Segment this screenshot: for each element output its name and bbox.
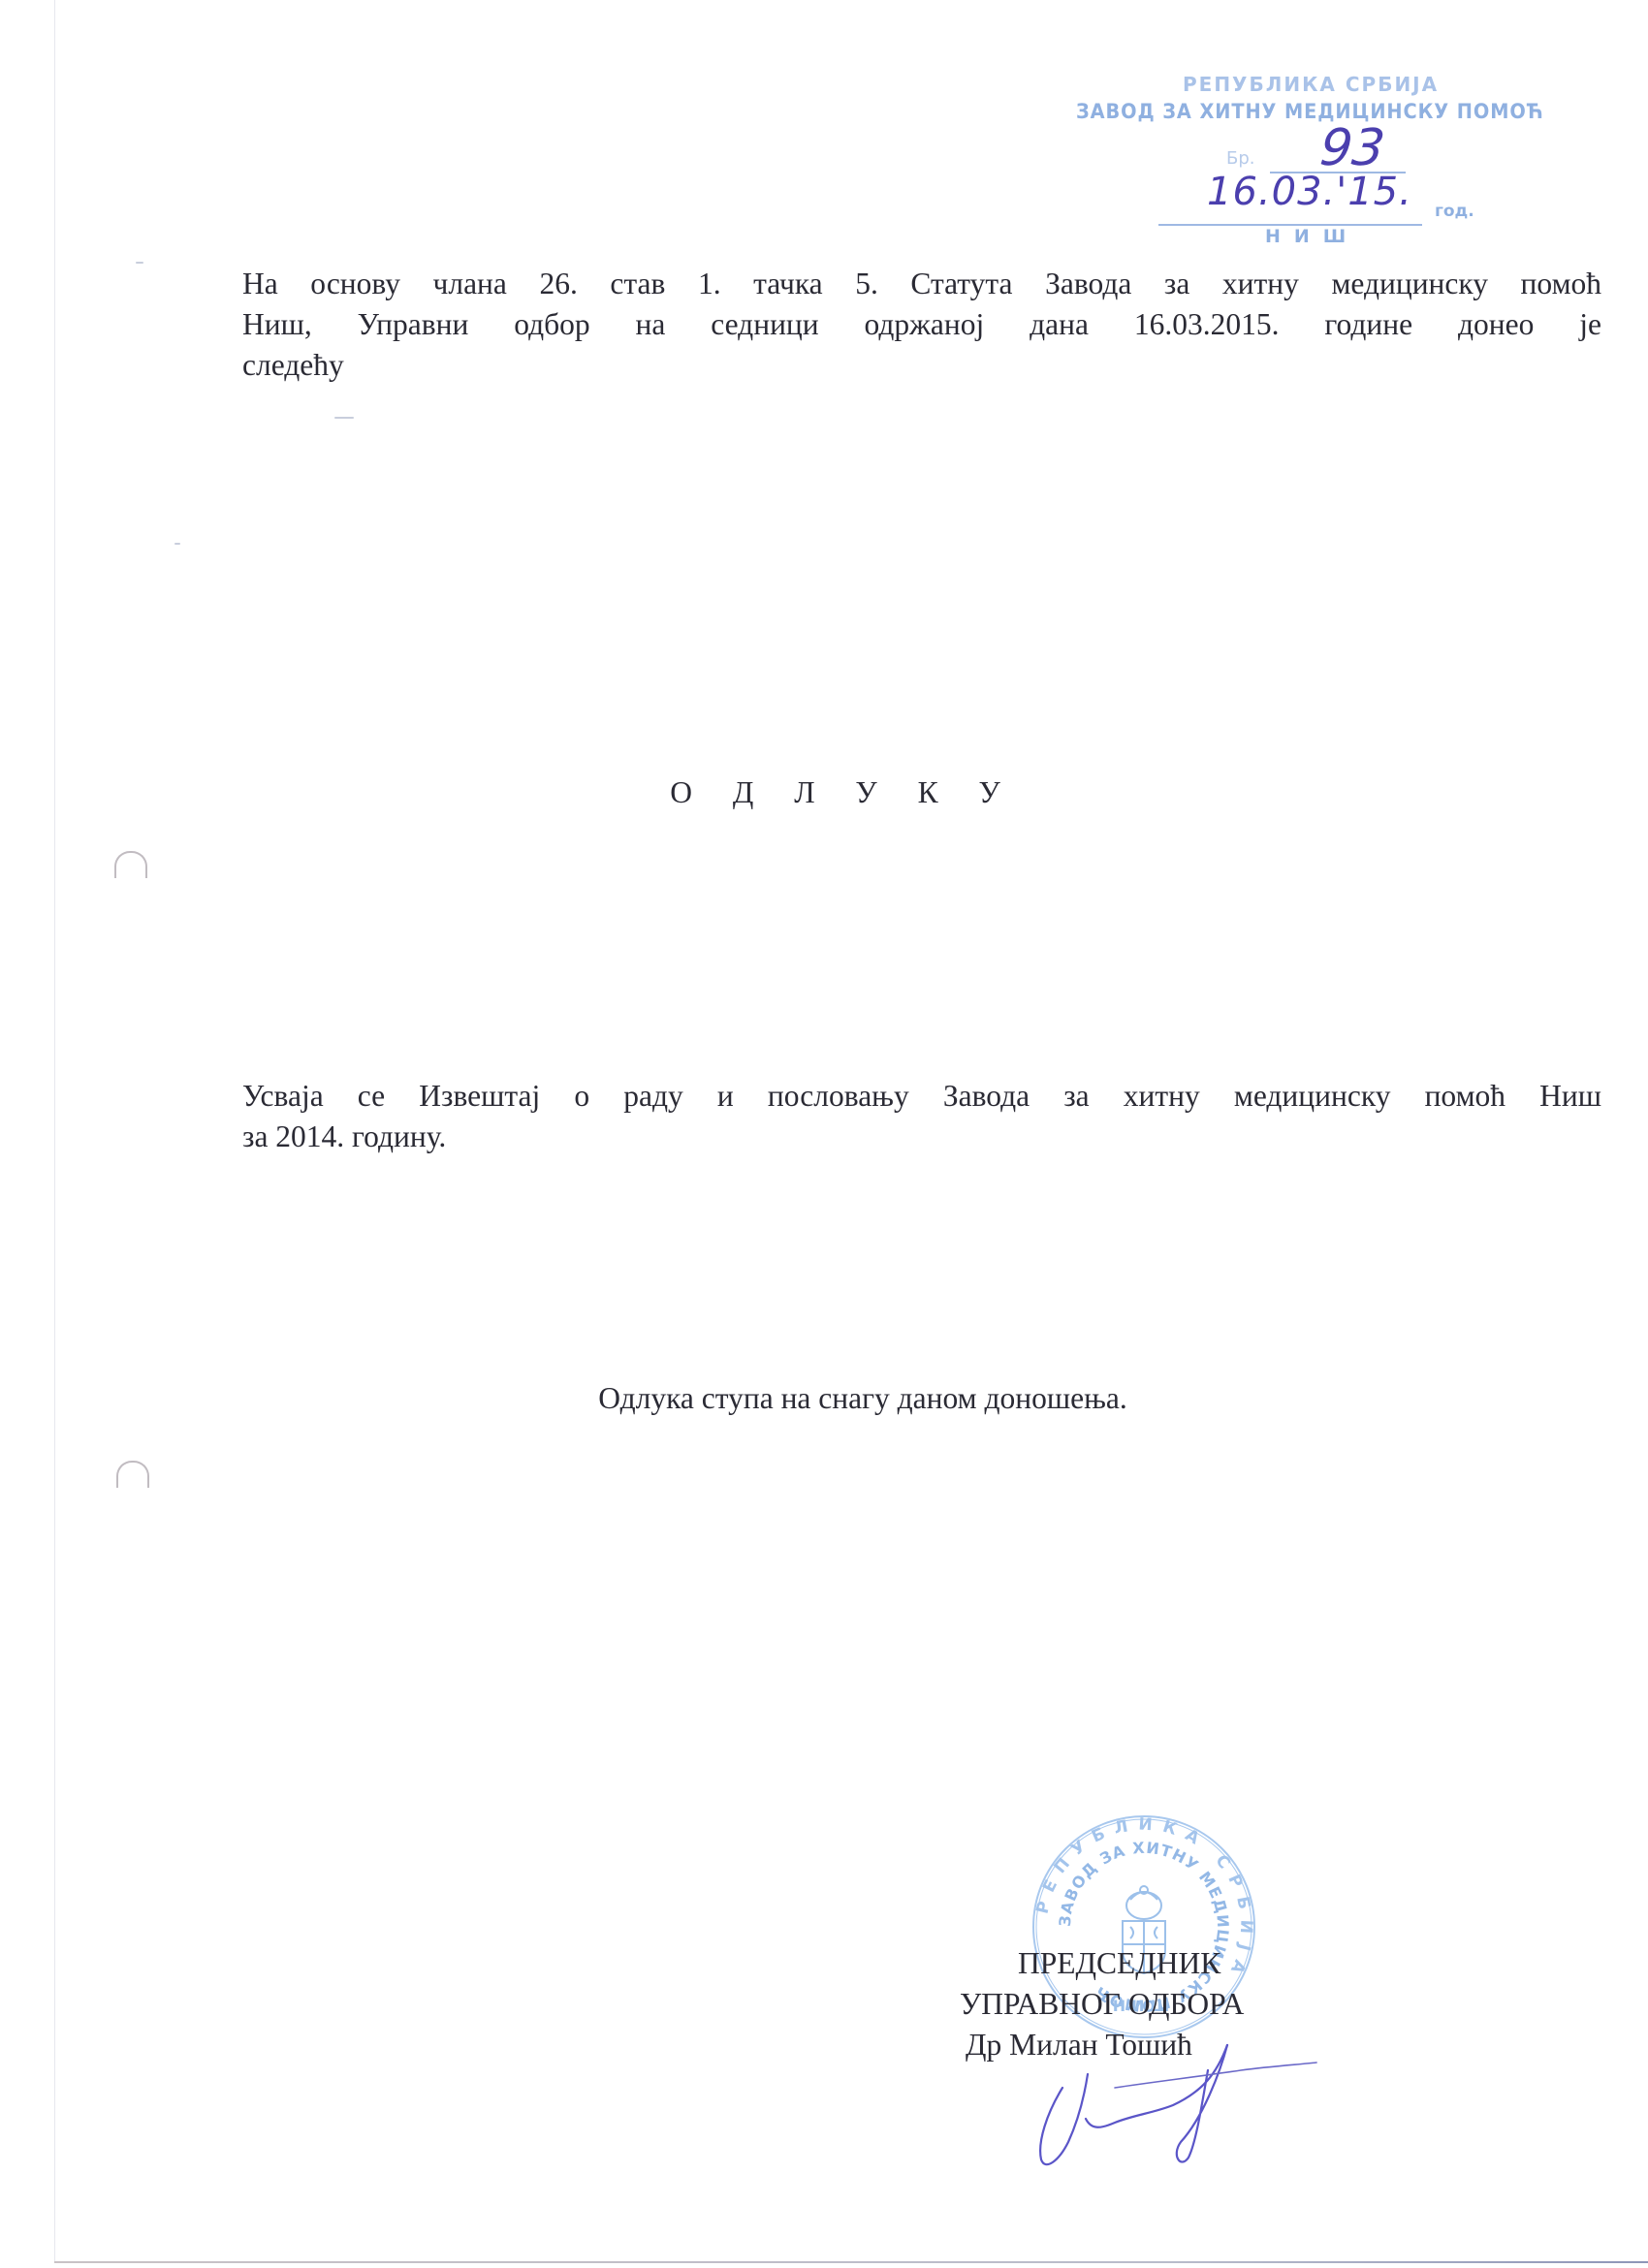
document-title: О Д Л У К У: [0, 775, 1648, 810]
signatory-title-line2: УПРАВНОГ ОДБОРА: [950, 1984, 1338, 2025]
stamp-number-label: Бр.: [1226, 148, 1255, 169]
intro-line: На основу члана 26. став 1. тачка 5. Ста…: [242, 264, 1601, 304]
decision-line: за 2014. годину.: [242, 1117, 1601, 1157]
stamp-institution: ЗАВОД ЗА ХИТНУ МЕДИЦИНСКУ ПОМОЋ: [1076, 100, 1544, 123]
effect-clause: Одлука ступа на снагу даном доношења.: [0, 1381, 1648, 1416]
handwritten-signature: [1008, 2026, 1318, 2181]
signatory-title-line1: ПРЕДСЕДНИК: [950, 1943, 1338, 1984]
stamp-city: НИШ: [1265, 226, 1359, 247]
handwritten-registration-date: 16.03.'15.: [1207, 170, 1412, 214]
decision-line: Усваја се Извештај о раду и пословању За…: [242, 1076, 1601, 1117]
intro-paragraph: На основу члана 26. став 1. тачка 5. Ста…: [242, 264, 1601, 386]
decision-paragraph: Усваја се Извештај о раду и пословању За…: [242, 1076, 1601, 1157]
scan-speck: [334, 417, 354, 419]
page-edge-left: [54, 0, 55, 2262]
stamp-year-suffix: год.: [1435, 202, 1474, 221]
stamp-country: РЕПУБЛИКА СРБИЈА: [1183, 73, 1439, 96]
handwritten-registration-number: 93: [1317, 119, 1387, 177]
scan-speck: [174, 543, 180, 545]
intro-line: Ниш, Управни одбор на седници одржаној д…: [242, 304, 1601, 345]
scan-speck: [136, 262, 143, 264]
intro-line: следећу: [242, 345, 1601, 386]
registration-stamp: РЕПУБЛИКА СРБИЈА ЗАВОД ЗА ХИТНУ МЕДИЦИНС…: [1066, 73, 1474, 247]
page-edge-bottom: [54, 2261, 1648, 2263]
punch-hole-mark: [116, 1461, 149, 1488]
punch-hole-mark: [114, 851, 147, 878]
